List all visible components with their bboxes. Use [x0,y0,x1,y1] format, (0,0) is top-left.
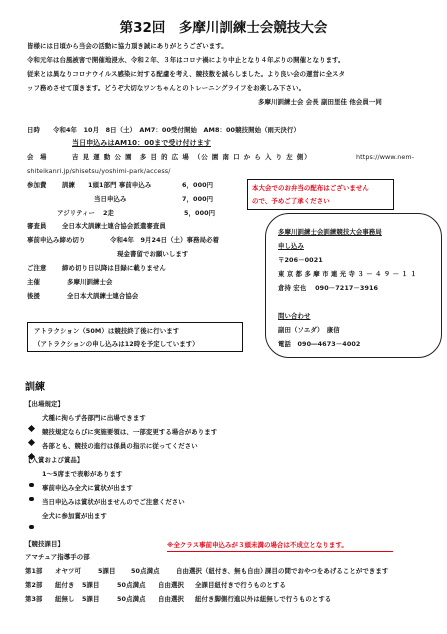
fee-row-1-amount: 6，000円 [182,181,213,190]
fee-row-1-category: 訓練 [62,181,75,190]
event-2-division: 第2部 [25,581,43,590]
amateur-heading: アマチュア指導手の部 [25,553,90,562]
office-title: 多摩川訓練士会訓練競技大会事務局 [278,228,382,237]
training-heading: 訓練 [25,378,45,393]
intro-line-3: 従来とは異なりコロナウイルス感染に対する配慮を考え、競技数を減らしました。より良… [27,70,345,79]
fee-row-2-type: 当日申込み [94,195,126,204]
event-3-items: 5課目 [82,595,100,604]
caution-label: ご注意 [27,264,46,273]
fee-row-3-category: アジリティー [57,209,95,218]
intro-line-1: 皆様には日頃から当会の活動に協力頂き誠にありがとうございます。 [27,42,228,51]
office-address: 東 京 都 多 摩 市 連 光 寺 ３ － ４ ９ － １ １ [278,270,417,279]
venue-value: 吉 見 運 動 公 園 多 目 的 広 場 （公 園 南 口 か ら 入 り 左… [72,153,312,162]
support-value: 全日本犬訓練士連合協会 [67,292,138,301]
dot-bullet-icon [29,486,34,505]
awards-heading: 【入賞および賞品】 [25,456,83,465]
lunch-notice-box: 本大会でのお弁当の配布はございません ので、予めご了承ください [247,179,394,210]
datetime-value: 令和4年 10月 8日（土） AM7：00受付開始 AM8：00競技開始（雨天決… [53,126,300,135]
rules-heading: 【出場規定】 [25,400,64,409]
event-1-items: 5課目 [98,567,116,576]
event-1-note: 課目の間でおやつをあげることができます [265,567,388,576]
office-contact-box: 多摩川訓練士会訓練競技大会事務局 申し込み 〒206－0021 東 京 都 多 … [265,213,442,358]
award-item-1: 1～5席まで表彰があります [42,470,123,479]
event-3-score: 50点満点 [117,595,146,604]
event-2-note: 全課目紐付きで行うものとする [195,581,286,590]
award-subnote: 当日申込みは賞状が出ませんのでご注意ください [42,498,185,507]
event-3-note: 紐付き脚側行進以外は紐無しで行うものとする [195,595,331,604]
lunch-notice-line-2: ので、予めご了承ください [252,197,330,206]
award-item-3: 全犬に参加賞が出ます [42,512,107,521]
dot-bullet-icon [29,514,34,533]
intro-line-2: 令和元年は台風被害で開催地浸水、令和２年、３年はコロナ禍により中止となり４年ぶり… [27,56,345,65]
rule-item-1: 犬種に拘らず各部門に出場できます [42,414,146,423]
signature: 多摩川訓練士会 会長 副田里佳 他会員一同 [258,98,382,107]
fee-row-3-type: 2走 [103,209,114,218]
venue-url-part2[interactable]: shiteikanri.jp/shisetsu/yoshimi-park/acc… [27,167,171,176]
events-warning: ※全クラス事前申込みが３頭未満の場合は不成立となります。 [167,541,348,550]
apply-heading: 申し込み [278,242,304,251]
event-1-select: 自由選択（紐付き、無も自由） [176,567,267,576]
host-label: 主催 [27,278,40,287]
warning-underline [167,551,393,552]
venue-url-part1[interactable]: https://www.nem- [356,153,414,162]
fee-row-1-type: 1頭1部門 事前申込み [88,181,151,190]
rule-item-2: 競技規定ならびに実施要領は、一部変更する場合があります [42,428,217,437]
attraction-box: アトラクション（50M）は競技終了後に行います （アトラクションの申し込みは12… [27,322,243,352]
event-1-division: 第1部 [25,567,43,576]
rule-item-3: 各部とも、競技の進行は係員の指示に従ってください [42,442,198,451]
event-2-name: 紐付き [55,581,74,590]
inquiry-name: 副田（ソエダ） 康信 [278,326,340,335]
attraction-line-1: アトラクション（50M）は競技終了後に行います [34,327,179,336]
fee-label: 参加費 [27,181,46,190]
host-value: 多摩川訓練士会 [67,278,112,287]
lunch-notice-line-1: 本大会でのお弁当の配布はございません [252,184,369,193]
fee-row-2-amount: 7，000円 [182,195,213,204]
event-2-select: 自由選択 [158,581,184,590]
caution-value: 締め切り日以降は目録に載りません [62,264,166,273]
fee-row-3-amount: 5，000円 [184,209,215,218]
event-1-name: オヤツ可 [55,567,81,576]
same-day-note: 当日申込みはAM10：00まで受け付けます [72,139,211,148]
page-title: 第32回 多摩川訓練士会競技大会 [0,16,447,36]
inquiry-phone: 電話 090―4673－4002 [278,340,360,349]
inquiry-heading: 問い合わせ [278,312,310,321]
deadline-label: 事前申込み締め切り [27,236,85,245]
event-1-score: 50点満点 [131,567,160,576]
judge-label: 審査員 [27,222,46,231]
event-3-name: 紐無し [55,595,74,604]
deadline-value: 令和4年 9月24日（土）事務局必着 [110,236,219,245]
events-heading: 【競技課目】 [25,540,64,549]
deadline-note: 現金書留でお願いします [117,250,188,259]
intro-line-4: ッフ務めさせて頂きます。どうぞ大切なワンちゃんとのトレーニングライフをお楽しみ下… [27,84,305,93]
event-2-score: 50点満点 [117,581,146,590]
support-label: 後援 [27,292,40,301]
venue-label: 会 場 [27,153,49,162]
judge-value: 全日本犬訓練士連合協会派遣審査員 [62,222,166,231]
event-3-division: 第3部 [25,595,43,604]
award-item-2: 事前申込み全犬に賞状が出ます [42,484,133,493]
event-3-select: 自由選択 [158,595,184,604]
event-2-items: 5課目 [82,581,100,590]
attraction-line-2: （アトラクションの申し込みは12時を予定しています） [34,340,199,349]
office-contact-1: 倉持 宏也 090－7217－3916 [278,284,378,293]
office-postal: 〒206－0021 [278,256,323,265]
datetime-label: 日時 [27,126,40,135]
